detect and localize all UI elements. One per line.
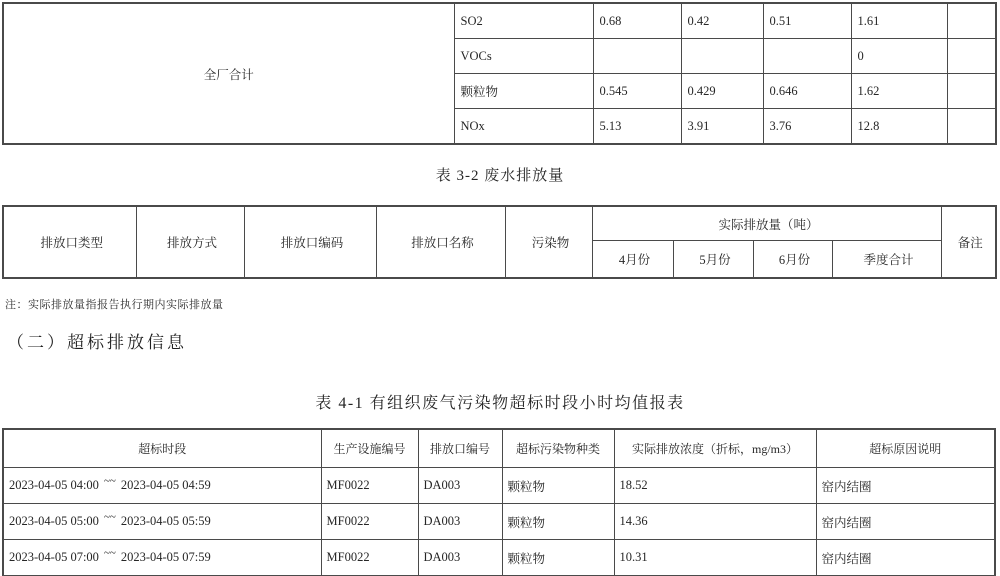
pollutant-cell: 颗粒物 <box>502 540 614 576</box>
period-start: 2023-04-05 05:00 <box>9 514 99 528</box>
outlet-cell: DA003 <box>418 504 502 540</box>
period-start: 2023-04-05 07:00 <box>9 550 99 564</box>
reason-cell: 窑内结圈 <box>816 540 995 576</box>
reason-cell: 窑内结圈 <box>816 504 995 540</box>
header-june: 6月份 <box>753 241 832 279</box>
value-cell-total: 1.62 <box>851 74 947 109</box>
value-cell-apr: 0.545 <box>593 74 681 109</box>
header-concentration: 实际排放浓度（折标，mg/m3） <box>614 429 816 468</box>
header-outlet-name: 排放口名称 <box>376 206 505 278</box>
pollutant-cell: VOCs <box>454 39 593 74</box>
header-outlet-code: 排放口编码 <box>244 206 376 278</box>
period-cell: 2023-04-05 07:00~~2023-04-05 07:59 <box>3 540 321 576</box>
header-remark: 备注 <box>941 206 996 278</box>
tilde-separator: ~~ <box>104 475 116 487</box>
header-may: 5月份 <box>673 241 753 279</box>
tilde-separator: ~~ <box>104 511 116 523</box>
header-outlet-type: 排放口类型 <box>3 206 136 278</box>
header-reason: 超标原因说明 <box>816 429 995 468</box>
pollutant-cell: 颗粒物 <box>502 504 614 540</box>
concentration-cell: 18.52 <box>614 468 816 504</box>
outlet-cell: DA003 <box>418 540 502 576</box>
value-cell-total: 0 <box>851 39 947 74</box>
header-period: 超标时段 <box>3 429 321 468</box>
header-april: 4月份 <box>592 241 673 279</box>
exceedance-table: 超标时段 生产设施编号 排放口编号 超标污染物种类 实际排放浓度（折标，mg/m… <box>2 428 996 576</box>
reason-cell: 窑内结圈 <box>816 468 995 504</box>
value-cell-may <box>681 39 763 74</box>
wastewater-table: 排放口类型 排放方式 排放口编码 排放口名称 污染物 实际排放量（吨） 备注 4… <box>2 205 997 279</box>
outlet-cell: DA003 <box>418 468 502 504</box>
value-cell-jun <box>763 39 851 74</box>
exceedance-table-title: 表 4-1 有组织废气污染物超标时段小时均值报表 <box>0 390 1000 413</box>
period-end: 2023-04-05 05:59 <box>121 514 211 528</box>
header-pollutant: 污染物 <box>505 206 592 278</box>
tilde-separator: ~~ <box>104 547 116 559</box>
plant-totals-table: 全厂合计 SO2 0.68 0.42 0.51 1.61 VOCs 0 颗粒物 … <box>2 2 997 145</box>
pollutant-cell: 颗粒物 <box>454 74 593 109</box>
wastewater-table-title: 表 3-2 废水排放量 <box>0 164 1000 185</box>
period-start: 2023-04-05 04:00 <box>9 478 99 492</box>
value-cell-total: 1.61 <box>851 3 947 39</box>
period-end: 2023-04-05 07:59 <box>121 550 211 564</box>
remark-cell <box>947 74 996 109</box>
pollutant-cell: 颗粒物 <box>502 468 614 504</box>
pollutant-cell: SO2 <box>454 3 593 39</box>
table-header-row: 排放口类型 排放方式 排放口编码 排放口名称 污染物 实际排放量（吨） 备注 <box>3 206 996 241</box>
facility-cell: MF0022 <box>321 504 418 540</box>
header-outlet-no: 排放口编号 <box>418 429 502 468</box>
concentration-cell: 14.36 <box>614 504 816 540</box>
header-discharge-mode: 排放方式 <box>136 206 244 278</box>
value-cell-total: 12.8 <box>851 109 947 145</box>
value-cell-may: 0.429 <box>681 74 763 109</box>
header-facility-no: 生产设施编号 <box>321 429 418 468</box>
value-cell-may: 3.91 <box>681 109 763 145</box>
facility-cell: MF0022 <box>321 540 418 576</box>
report-page: 全厂合计 SO2 0.68 0.42 0.51 1.61 VOCs 0 颗粒物 … <box>0 0 1000 576</box>
value-cell-apr: 0.68 <box>593 3 681 39</box>
remark-cell <box>947 109 996 145</box>
period-cell: 2023-04-05 04:00~~2023-04-05 04:59 <box>3 468 321 504</box>
facility-cell: MF0022 <box>321 468 418 504</box>
remark-cell <box>947 3 996 39</box>
table-header-row: 超标时段 生产设施编号 排放口编号 超标污染物种类 实际排放浓度（折标，mg/m… <box>3 429 995 468</box>
value-cell-may: 0.42 <box>681 3 763 39</box>
remark-cell <box>947 39 996 74</box>
period-cell: 2023-04-05 05:00~~2023-04-05 05:59 <box>3 504 321 540</box>
table-row: 2023-04-05 04:00~~2023-04-05 04:59 MF002… <box>3 468 995 504</box>
value-cell-jun: 3.76 <box>763 109 851 145</box>
section-heading: （二）超标排放信息 <box>7 328 187 353</box>
concentration-cell: 10.31 <box>614 540 816 576</box>
wastewater-table-note: 注：实际排放量指报告执行期内实际排放量 <box>5 296 224 312</box>
value-cell-apr <box>593 39 681 74</box>
table-row: 全厂合计 SO2 0.68 0.42 0.51 1.61 <box>3 3 996 39</box>
value-cell-jun: 0.51 <box>763 3 851 39</box>
table-row: 2023-04-05 05:00~~2023-04-05 05:59 MF002… <box>3 504 995 540</box>
table-row: 2023-04-05 07:00~~2023-04-05 07:59 MF002… <box>3 540 995 576</box>
header-pollutant-type: 超标污染物种类 <box>502 429 614 468</box>
header-actual-amount-group: 实际排放量（吨） <box>592 206 941 241</box>
pollutant-cell: NOx <box>454 109 593 145</box>
period-end: 2023-04-05 04:59 <box>121 478 211 492</box>
header-quarter-total: 季度合计 <box>832 241 941 279</box>
value-cell-apr: 5.13 <box>593 109 681 145</box>
plant-total-label-cell: 全厂合计 <box>3 3 454 144</box>
value-cell-jun: 0.646 <box>763 74 851 109</box>
